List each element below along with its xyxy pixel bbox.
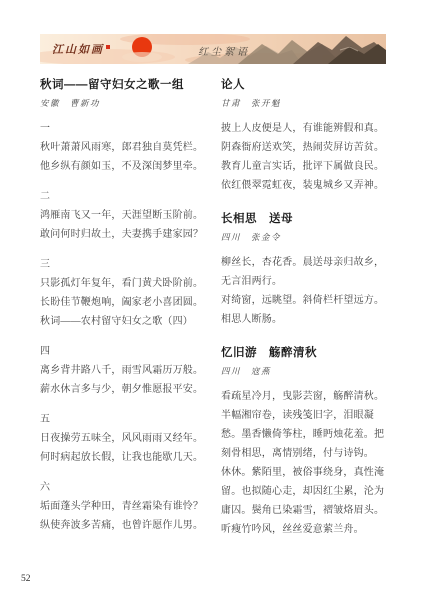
poem-line: 他乡纵有颜如玉，不及深闺梦里牵。	[40, 157, 207, 176]
poem-line: 离乡背井路八千，雨雪风霜历万般。	[40, 361, 207, 380]
content-columns: 秋词——留守妇女之歌一组 安徽 曹新功 一 秋叶萧萧风雨寒，郎君独自莫凭栏。 他…	[40, 76, 388, 554]
poem-line: 教育儿童言实话，批评下属做良民。	[221, 157, 388, 176]
poem-line: 垢面蓬头学种田，青丝霜染有谁怜？	[40, 497, 207, 516]
right-column: 论人 甘肃 张开魁 披上人皮便是人，有谁能辨假和真。 阴森衙府送欢笑，热闹荧屏访…	[221, 76, 388, 554]
section-label: 三	[40, 255, 207, 274]
poem-line: 秋叶萧萧风雨寒，郎君独自莫凭栏。	[40, 138, 207, 157]
poem-line: 纵使奔波多苦痛，也曾许愿作儿男。	[40, 516, 207, 535]
poem-line: 何时病起放长假，让我也能歇几天。	[40, 448, 207, 467]
poem-section: 五 日夜操劳五味全，风风雨雨又经年。 何时病起放长假，让我也能歇几天。	[40, 410, 207, 467]
header-banner: 江山如画 红尘絮语	[40, 34, 386, 64]
article: 长相思 送母 四川 张金令 柳丝长，杏花香。晨送母亲归故乡，无言泪两行。 对绮窗…	[221, 210, 388, 329]
banner-calligraphy: 江山如画	[52, 41, 110, 57]
poem-line: 依红偎翠霓虹夜，装鬼城乡又弄神。	[221, 176, 388, 195]
author-line: 甘肃 张开魁	[221, 97, 388, 109]
poem-line: 敢问何时归故土，夫妻携手建家园？	[40, 225, 207, 244]
banner-calligraphy-text: 江山如画	[52, 44, 104, 56]
section-label: 五	[40, 410, 207, 429]
article-title: 论人	[221, 76, 388, 92]
article: 论人 甘肃 张开魁 披上人皮便是人，有谁能辨假和真。 阴森衙府送欢笑，热闹荧屏访…	[221, 76, 388, 195]
poem-line: 披上人皮便是人，有谁能辨假和真。	[221, 119, 388, 138]
section-label: 二	[40, 187, 207, 206]
article-title: 忆旧游 觞醉清秋	[221, 344, 388, 360]
article-title: 秋词——留守妇女之歌一组	[40, 76, 207, 92]
poem-line: 长盼佳节鞭炮响，阖家老小喜团圆。	[40, 293, 207, 312]
section-label: 一	[40, 119, 207, 138]
article: 忆旧游 觞醉清秋 四川 寇燕 看疏星冷月，曳影芸窗，觞醉清秋。半幅湘帘卷，读残笺…	[221, 344, 388, 539]
poem-line: 柳丝长，杏花香。晨送母亲归故乡，无言泪两行。	[221, 253, 388, 291]
poem-paragraph: 看疏星冷月，曳影芸窗，觞醉清秋。半幅湘帘卷，读残笺旧字，泪眼凝愁。墨香懒倚筝柱，…	[221, 387, 388, 463]
poem-line: 日夜操劳五味全，风风雨雨又经年。	[40, 429, 207, 448]
poem-section: 一 秋叶萧萧风雨寒，郎君独自莫凭栏。 他乡纵有颜如玉，不及深闺梦里牵。	[40, 119, 207, 176]
poem-section: 六 垢面蓬头学种田，青丝霜染有谁怜？ 纵使奔波多苦痛，也曾许愿作儿男。	[40, 478, 207, 535]
seal-icon	[106, 45, 110, 49]
author-line: 四川 张金令	[221, 231, 388, 243]
poem-paragraph: 休休。紫陌里，被俗事绕身，真性淹留。也拟随心走，却因红尘累，沦为庸囚。鬓角已染霜…	[221, 463, 388, 539]
poem-line: 对绮窗，远眺望。斜倚栏杆望远方。相思人断肠。	[221, 291, 388, 329]
section-label: 六	[40, 478, 207, 497]
author-line: 四川 寇燕	[221, 365, 388, 377]
author-line: 安徽 曹新功	[40, 97, 207, 109]
page-number: 52	[21, 574, 31, 584]
magazine-page: 江山如画 红尘絮语 秋词——留守妇女之歌一组 安徽 曹新功 一 秋叶萧萧风雨寒，…	[0, 0, 426, 600]
poem-line: 只影孤灯年复年，看门黄犬卧阶前。	[40, 274, 207, 293]
banner-title: 红尘絮语	[198, 43, 250, 58]
poem-section: 二 鸿雁南飞又一年，天涯望断玉阶前。 敢问何时归故土，夫妻携手建家园？	[40, 187, 207, 244]
article-title: 长相思 送母	[221, 210, 388, 226]
poem-line: 秋词——农村留守妇女之歌（四）	[40, 312, 207, 331]
poem-section: 三 只影孤灯年复年，看门黄犬卧阶前。 长盼佳节鞭炮响，阖家老小喜团圆。 秋词——…	[40, 255, 207, 331]
poem-line: 阴森衙府送欢笑，热闹荧屏访苦贫。	[221, 138, 388, 157]
poem-line: 鸿雁南飞又一年，天涯望断玉阶前。	[40, 206, 207, 225]
poem-section: 四 离乡背井路八千，雨雪风霜历万般。 薪水休言多与少，朝夕惟愿报平安。	[40, 342, 207, 399]
section-label: 四	[40, 342, 207, 361]
poem-line: 薪水休言多与少，朝夕惟愿报平安。	[40, 380, 207, 399]
left-column: 秋词——留守妇女之歌一组 安徽 曹新功 一 秋叶萧萧风雨寒，郎君独自莫凭栏。 他…	[40, 76, 207, 554]
